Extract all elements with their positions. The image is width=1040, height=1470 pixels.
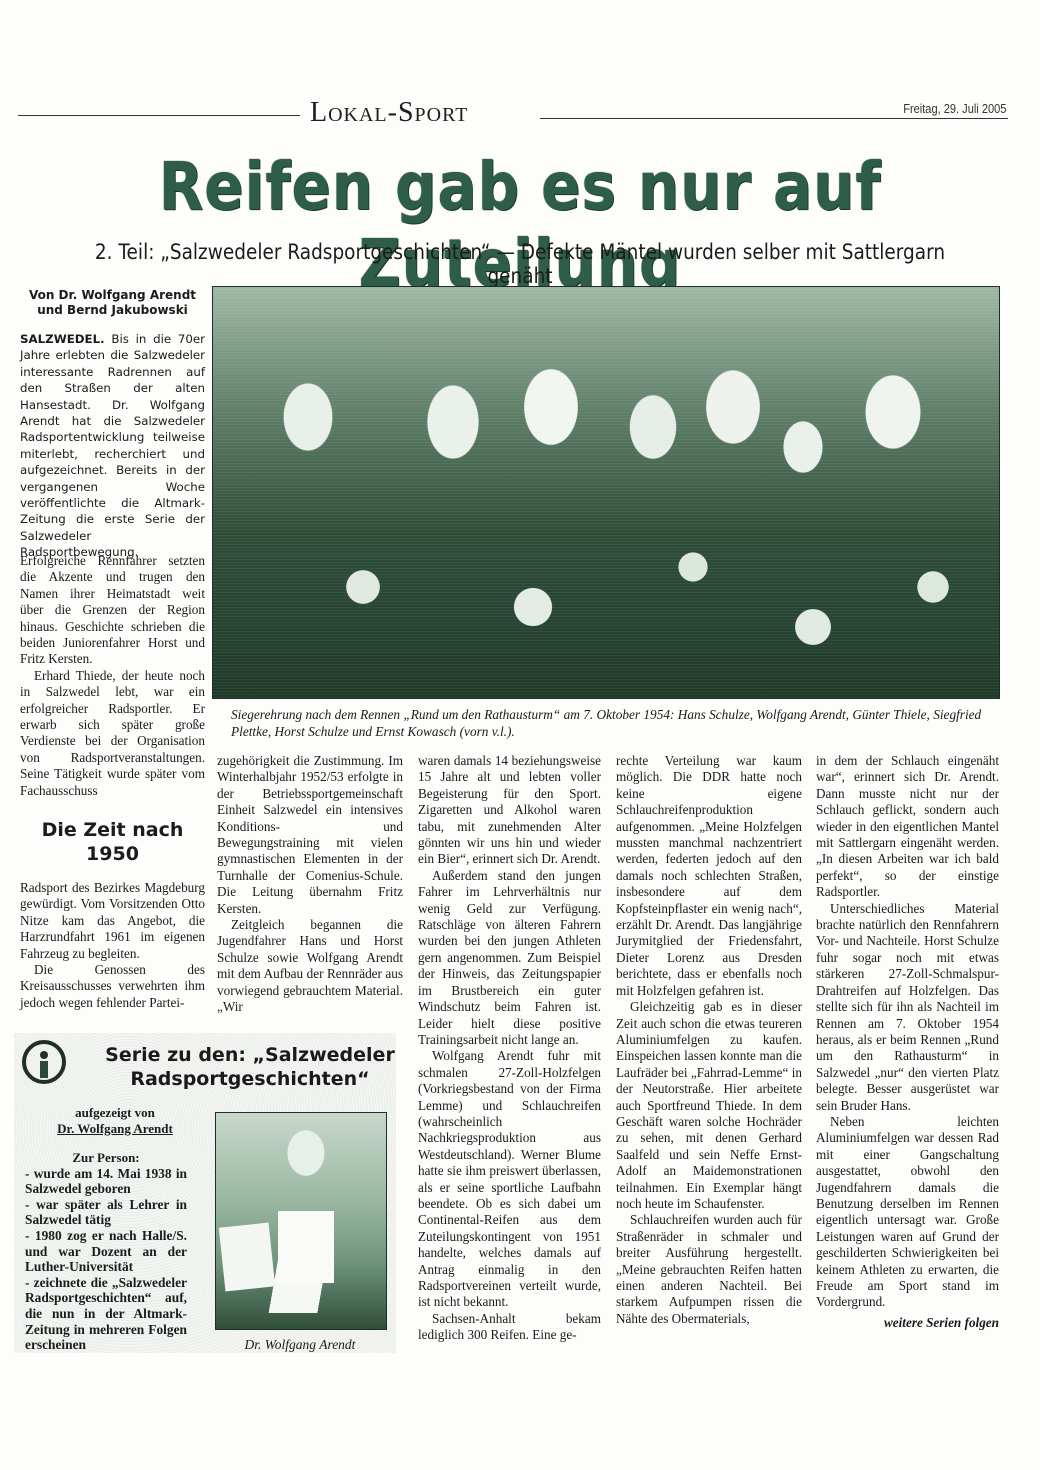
dateline: SALZWEDEL.: [20, 332, 105, 346]
bio-item: - 1980 zog er nach Halle/S. und war Doze…: [25, 1228, 187, 1275]
photo-caption: Siegerehrung nach dem Rennen „Rund um de…: [231, 706, 1006, 740]
intro-text: Bis in die 70er Jahre erlebten die Salzw…: [20, 332, 205, 559]
info-box-title: Serie zu den: „Salzwedeler Radsportgesch…: [100, 1043, 400, 1091]
paragraph: Neben leichten Aluminiumfelgen war desse…: [816, 1114, 999, 1311]
portrait-document-left: [219, 1223, 275, 1292]
paragraph: Wolfgang Arendt fuhr mit schmalen 27-Zol…: [418, 1048, 601, 1311]
info-icon-dot: [40, 1051, 48, 1059]
paragraph: Außerdem stand den jungen Fahrer im Lehr…: [418, 868, 601, 1048]
paragraph: Unterschiedliches Material brachte natür…: [816, 901, 999, 1114]
info-box-author: aufgezeigt von Dr. Wolfgang Arendt: [25, 1105, 205, 1137]
portrait-photo: [215, 1112, 387, 1330]
header-rule-left: [18, 115, 300, 116]
person-heading: Zur Person:: [25, 1150, 187, 1166]
paragraph: Die Genossen des Kreisausschusses verweh…: [20, 962, 205, 1011]
paragraph: Radsport des Bezirkes Magdeburg gewürdig…: [20, 880, 205, 962]
header-rule-right: [540, 118, 1008, 119]
paragraph: Erfolgreiche Rennfahrer setzten die Akze…: [20, 553, 205, 668]
photo-scan-texture: [213, 287, 999, 698]
sign-off: weitere Serien folgen: [816, 1315, 999, 1331]
paragraph: rechte Verteilung war kaum möglich. Die …: [616, 753, 802, 999]
section-header: Lokal-Sport Freitag, 29. Juli 2005: [18, 97, 1008, 127]
paragraph: in dem der Schlauch eingenäht war“, erin…: [816, 753, 999, 901]
column-2: zugehörigkeit die Zustimmung. Im Winterh…: [217, 753, 403, 1016]
author-label: aufgezeigt von: [25, 1105, 205, 1121]
bio-item: - wurde am 14. Mai 1938 in Salzwedel geb…: [25, 1166, 187, 1197]
byline-line-2: und Bernd Jakubowski: [20, 303, 205, 318]
portrait-document-right: [278, 1211, 334, 1283]
info-icon-bar: [40, 1061, 48, 1078]
column-1: Erfolgreiche Rennfahrer setzten die Akze…: [20, 553, 205, 799]
paragraph: Zeitgleich begannen die Jugendfahrer Han…: [217, 917, 403, 1015]
subheading: Die Zeit nach 1950: [20, 818, 205, 866]
byline: Von Dr. Wolfgang Arendt und Bernd Jakubo…: [20, 288, 205, 318]
bio-item: - war später als Lehrer in Salzwedel tät…: [25, 1197, 187, 1228]
paragraph: zugehörigkeit die Zustimmung. Im Winterh…: [217, 753, 403, 917]
main-photo: [212, 286, 1000, 699]
subheadline: 2. Teil: „Salzwedeler Radsportgeschichte…: [62, 240, 977, 288]
column-4: rechte Verteilung war kaum möglich. Die …: [616, 753, 802, 1327]
person-bio: Zur Person: - wurde am 14. Mai 1938 in S…: [25, 1150, 187, 1353]
byline-line-1: Von Dr. Wolfgang Arendt: [20, 288, 205, 303]
intro-paragraph: SALZWEDEL. Bis in die 70er Jahre erlebte…: [20, 331, 205, 561]
paragraph: waren damals 14 beziehungsweise 15 Jahre…: [418, 753, 601, 868]
paragraph: Schlauchreifen wurden auch für Straßenrä…: [616, 1212, 802, 1327]
paragraph: Sachsen-Anhalt bekam lediglich 300 Reife…: [418, 1311, 601, 1344]
issue-date: Freitag, 29. Juli 2005: [903, 101, 1006, 116]
paragraph: Gleichzeitig gab es in dieser Zeit auch …: [616, 999, 802, 1212]
bio-item: - zeichnete die „Salzwedeler Radsportges…: [25, 1275, 187, 1353]
column-1-continued: Radsport des Bezirkes Magdeburg gewürdig…: [20, 880, 205, 1011]
portrait-caption: Dr. Wolfgang Arendt: [215, 1337, 385, 1353]
section-title: Lokal-Sport: [310, 97, 468, 129]
info-icon: [22, 1040, 66, 1084]
column-3: waren damals 14 beziehungsweise 15 Jahre…: [418, 753, 601, 1344]
author-name: Dr. Wolfgang Arendt: [25, 1121, 205, 1137]
paragraph: Erhard Thiede, der heute noch in Salzwed…: [20, 668, 205, 799]
column-5: in dem der Schlauch eingenäht war“, erin…: [816, 753, 999, 1331]
